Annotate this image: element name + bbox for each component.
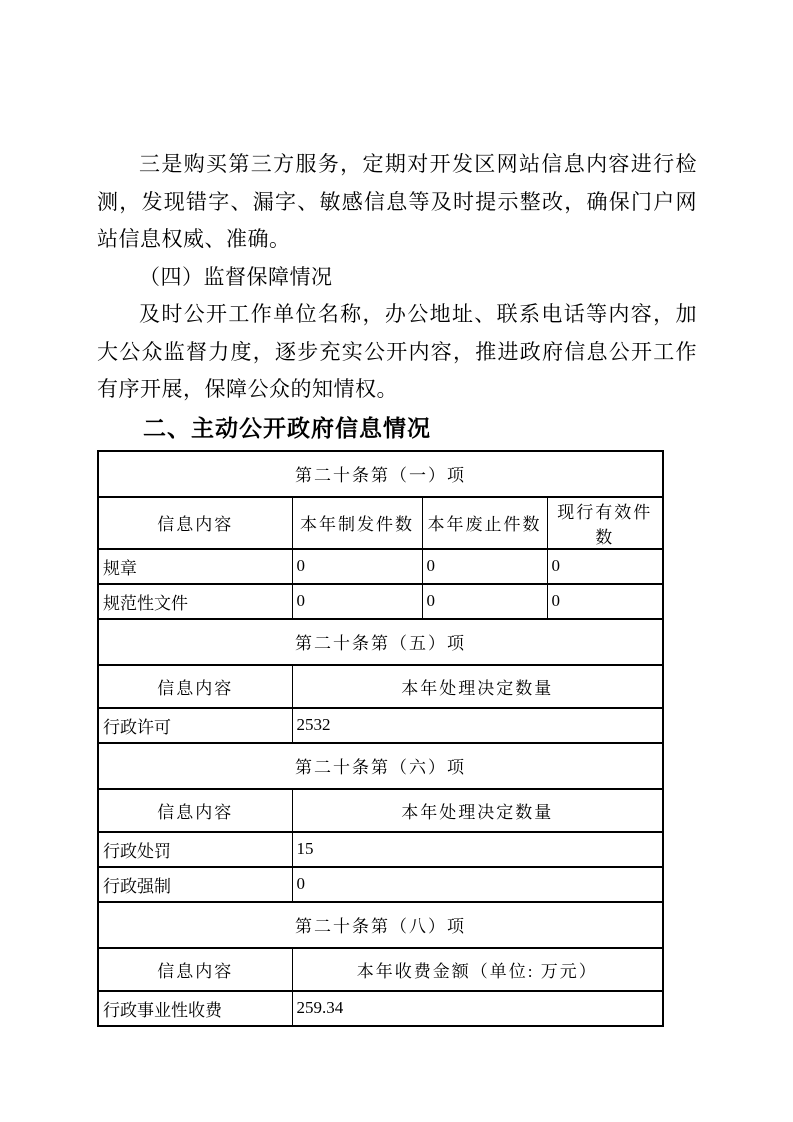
column-header-effective-count: 现行有效件数: [547, 497, 663, 549]
column-header-decision-count: 本年处理决定数量: [292, 665, 663, 708]
table-row: 第二十条第（八）项: [98, 902, 663, 948]
column-header-issued-count: 本年制发件数: [292, 497, 422, 549]
column-header-info-content: 信息内容: [98, 948, 292, 991]
cell-value: 15: [292, 832, 663, 867]
row-label-administrative-penalty: 行政处罚: [98, 832, 292, 867]
table-row: 第二十条第（六）项: [98, 743, 663, 789]
cell-value: 0: [422, 584, 547, 619]
cell-value: 0: [292, 584, 422, 619]
row-label-administrative-license: 行政许可: [98, 708, 292, 743]
cell-value: 0: [547, 549, 663, 584]
document-content: 三是购买第三方服务，定期对开发区网站信息内容进行检测，发现错字、漏字、敏感信息等…: [97, 146, 697, 1027]
paragraph-third-party-service: 三是购买第三方服务，定期对开发区网站信息内容进行检测，发现错字、漏字、敏感信息等…: [97, 146, 697, 259]
row-label-administrative-coercion: 行政强制: [98, 867, 292, 902]
column-header-decision-count: 本年处理决定数量: [292, 789, 663, 832]
document-page: 三是购买第三方服务，定期对开发区网站信息内容进行检测，发现错字、漏字、敏感信息等…: [0, 0, 793, 1122]
heading-active-disclosure: 二、主动公开政府信息情况: [97, 409, 697, 447]
table-row: 信息内容 本年处理决定数量: [98, 789, 663, 832]
table-row: 第二十条第（一）项: [98, 451, 663, 497]
table-row: 行政许可 2532: [98, 708, 663, 743]
table-row: 信息内容 本年收费金额（单位: 万元）: [98, 948, 663, 991]
row-label-regulations: 规章: [98, 549, 292, 584]
cell-value: 259.34: [292, 991, 663, 1026]
column-header-info-content: 信息内容: [98, 665, 292, 708]
section-title-item6: 第二十条第（六）项: [98, 743, 663, 789]
column-header-repealed-count: 本年废止件数: [422, 497, 547, 549]
cell-value: 0: [292, 549, 422, 584]
table-row: 信息内容 本年制发件数 本年废止件数 现行有效件数: [98, 497, 663, 549]
paragraph-supervision-heading: （四）监督保障情况: [97, 259, 697, 297]
table-row: 行政处罚 15: [98, 832, 663, 867]
row-label-administrative-fees: 行政事业性收费: [98, 991, 292, 1026]
column-header-info-content: 信息内容: [98, 789, 292, 832]
column-header-info-content: 信息内容: [98, 497, 292, 549]
disclosure-report-table: 第二十条第（一）项 信息内容 本年制发件数 本年废止件数 现行有效件数 规章 0…: [97, 450, 664, 1027]
cell-value: 2532: [292, 708, 663, 743]
table-row: 第二十条第（五）项: [98, 619, 663, 665]
section-title-item1: 第二十条第（一）项: [98, 451, 663, 497]
table-row: 信息内容 本年处理决定数量: [98, 665, 663, 708]
row-label-normative-documents: 规范性文件: [98, 584, 292, 619]
cell-value: 0: [422, 549, 547, 584]
section-title-item8: 第二十条第（八）项: [98, 902, 663, 948]
cell-value: 0: [292, 867, 663, 902]
paragraph-supervision-detail: 及时公开工作单位名称，办公地址、联系电话等内容，加大公众监督力度，逐步充实公开内…: [97, 296, 697, 409]
table-row: 规范性文件 0 0 0: [98, 584, 663, 619]
section-title-item5: 第二十条第（五）项: [98, 619, 663, 665]
table-row: 行政事业性收费 259.34: [98, 991, 663, 1026]
cell-value: 0: [547, 584, 663, 619]
column-header-fee-amount: 本年收费金额（单位: 万元）: [292, 948, 663, 991]
table-row: 规章 0 0 0: [98, 549, 663, 584]
table-row: 行政强制 0: [98, 867, 663, 902]
